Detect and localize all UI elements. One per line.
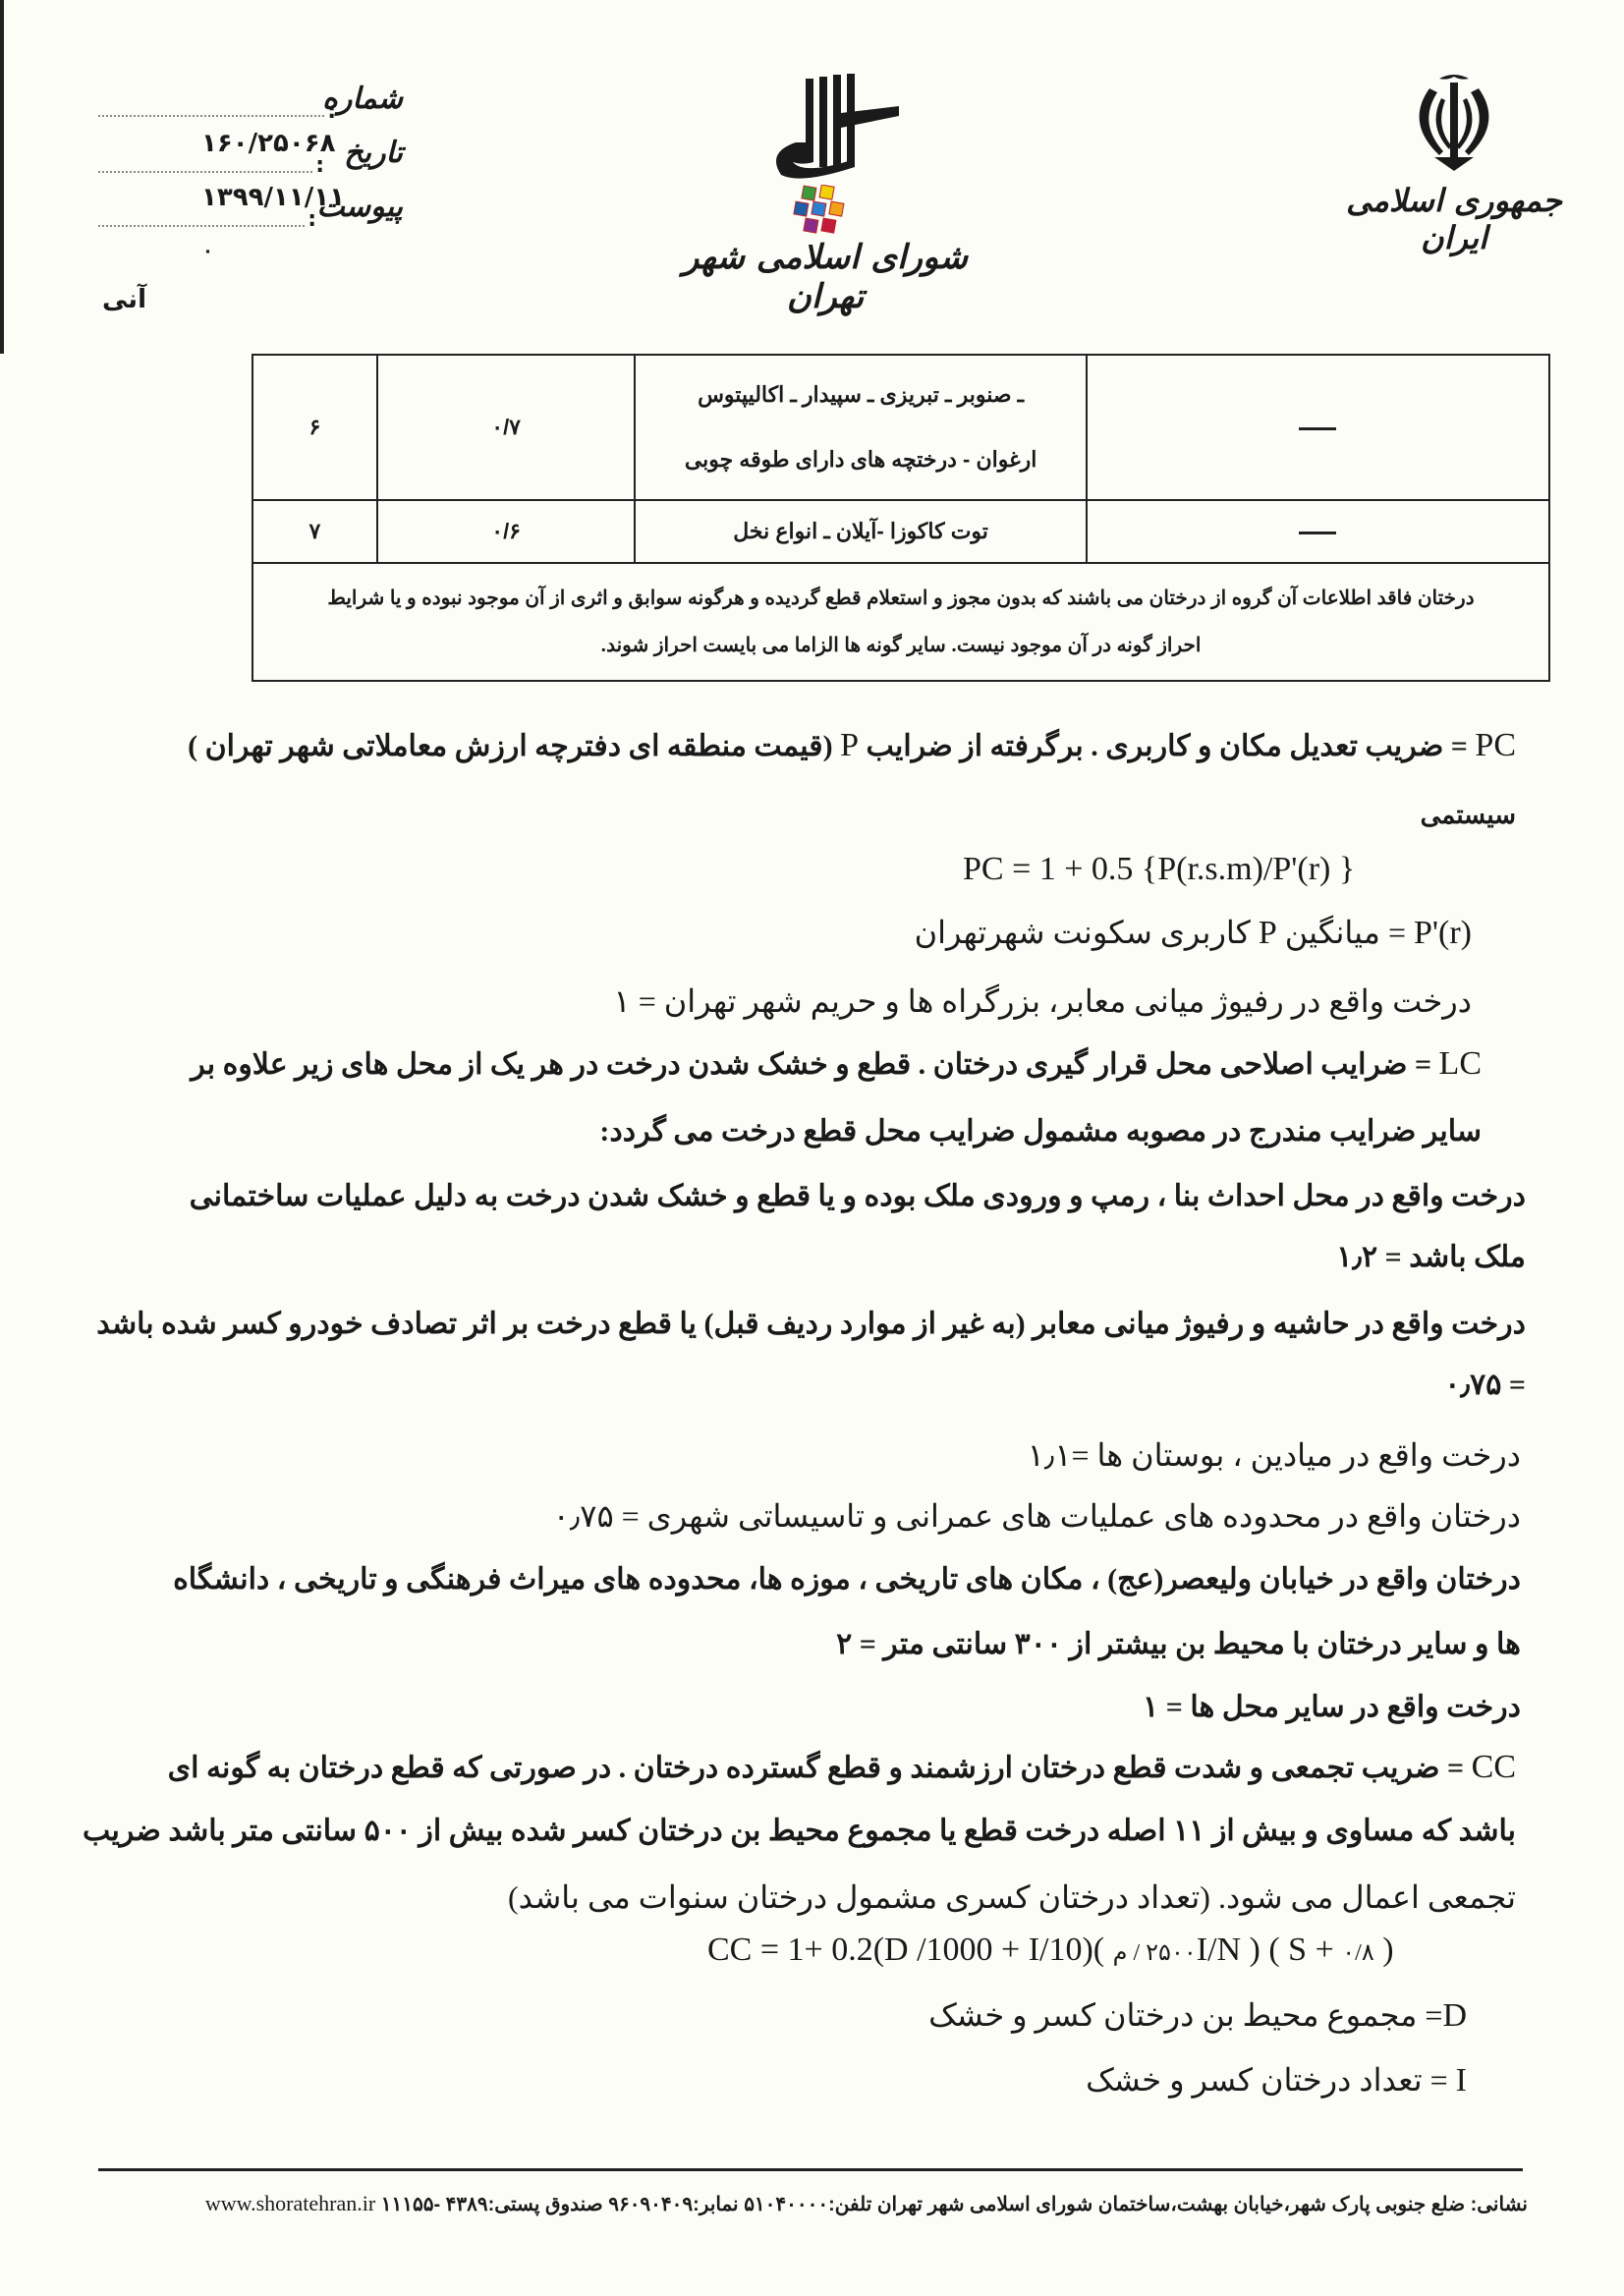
pc-definition-line1: PC = ضریب تعدیل مکان و کاربری . برگرفته … bbox=[188, 727, 1516, 764]
table-row: توت کاکوزا -آیلان ـ انواع نخل ۰/۶ ۷ bbox=[252, 500, 1549, 563]
cc-formula: CC = 1+ 0.2(D /1000 + I/10)( ۲۵۰۰ / مI/N… bbox=[707, 1932, 1394, 1969]
d-definition-text: = مجموع محیط بن درختان کسر و خشک bbox=[928, 1997, 1442, 2033]
website-link[interactable]: www.shoratehran.ir bbox=[205, 2191, 375, 2215]
lc-definition-line2: سایر ضرایب مندرج در مصوبه مشمول ضرایب مح… bbox=[599, 1114, 1482, 1148]
i-definition-text: = تعداد درختان کسر و خشک bbox=[1086, 2062, 1448, 2098]
tree-species-table: ـ صنوبر ـ تبریزی ـ سپیدار ـ اکالیپتوس ار… bbox=[252, 354, 1550, 682]
group-cell bbox=[1087, 500, 1549, 563]
pc-symbol: PC bbox=[1475, 727, 1516, 763]
number-row: شماره : ۱۶۰/۲۵۰۶۸ bbox=[98, 93, 403, 133]
note-line: احراز گونه در آن موجود نیست. سایر گونه ه… bbox=[267, 622, 1535, 669]
cc-formula-part: ۰/۸ bbox=[1342, 1940, 1373, 1966]
pr-definition: P'(r) = میانگین P کاربری سکونت شهرتهران bbox=[915, 914, 1472, 952]
attachment-row: پیوست : ۰ bbox=[98, 201, 403, 241]
cc-formula-part: ۲۵۰۰ / م bbox=[1113, 1940, 1197, 1966]
scan-edge bbox=[0, 0, 4, 354]
colon: : bbox=[327, 99, 336, 124]
group-cell bbox=[1087, 355, 1549, 500]
dotted-line bbox=[98, 225, 305, 227]
pc-definition-text: = ضریب تعدیل مکان و کاربری . برگرفته از … bbox=[867, 730, 1468, 762]
pc-definition-rest: (قیمت منطقه ای دفترچه ارزش معاملاتی شهر … bbox=[188, 730, 832, 762]
pc-formula: PC = 1 + 0.5 {P(r.s.m)/P'(r) } bbox=[963, 851, 1355, 888]
address-text: نشانی: ضلع جنوبی پارک شهر،خیابان بهشت،سا… bbox=[381, 2194, 1528, 2215]
construction-coefficient-line2: ملک باشد = ۱٫۲ bbox=[1336, 1240, 1526, 1274]
note-cell: درختان فاقد اطلاعات آن گروه از درختان می… bbox=[252, 563, 1549, 681]
dotted-line bbox=[98, 171, 312, 173]
cc-formula-part: ) bbox=[1374, 1932, 1394, 1968]
date-row: تاریخ : ۱۳۹۹/۱۱/۱۱ bbox=[98, 147, 403, 187]
note-line: درختان فاقد اطلاعات آن گروه از درختان می… bbox=[267, 575, 1535, 622]
pr-definition-rest: کاربری سکونت شهرتهران bbox=[915, 915, 1251, 950]
city-council-name: شورای اسلامی شهر تهران bbox=[678, 238, 973, 316]
iran-emblem: جمهوری اسلامی ایران bbox=[1346, 69, 1562, 236]
coefficient-cell: ۰/۶ bbox=[377, 500, 636, 563]
cc-definition-line3: تجمعی اعمال می شود. (تعداد درختان کسری م… bbox=[508, 1878, 1516, 1916]
construction-coefficient-line1: درخت واقع در محل احداث بنا ، رمپ و ورودی… bbox=[190, 1179, 1526, 1213]
national-emblem-icon bbox=[1400, 69, 1508, 177]
i-definition: I = تعداد درختان کسر و خشک bbox=[1086, 2061, 1467, 2100]
d-symbol: D bbox=[1442, 1997, 1467, 2034]
cc-definition-line1: CC = ضریب تجمعی و شدت قطع درختان ارزشمند… bbox=[168, 1749, 1516, 1786]
pc-definition-line2: سیستمی bbox=[1421, 801, 1516, 830]
lc-symbol: LC bbox=[1439, 1045, 1482, 1082]
cc-definition-text: = ضریب تجمعی و شدت قطع درختان ارزشمند و … bbox=[168, 1752, 1464, 1784]
other-locations-coefficient: درخت واقع در سایر محل ها = ۱ bbox=[1143, 1690, 1521, 1724]
colon: : bbox=[308, 207, 316, 232]
calligraphy-emblem-icon bbox=[756, 69, 914, 187]
heritage-coefficient-line1: درختان واقع در خیابان ولیعصر(عج) ، مکان … bbox=[173, 1562, 1521, 1596]
lc-definition-text: = ضرایب اصلاحی محل قرار گیری درختان . قط… bbox=[191, 1048, 1431, 1081]
city-council-logo: شورای اسلامی شهر تهران bbox=[668, 59, 982, 285]
table-note-row: درختان فاقد اطلاعات آن گروه از درختان می… bbox=[252, 563, 1549, 681]
attachment-value: ۰ bbox=[202, 241, 213, 261]
p-symbol: P bbox=[840, 727, 859, 763]
verge-coefficient-line2: = ۰٫۷۵ bbox=[1444, 1368, 1526, 1402]
d-definition: D= مجموع محیط بن درختان کسر و خشک bbox=[928, 1996, 1467, 2035]
cc-definition-line2: باشد که مساوی و بیش از ۱۱ اصله درخت قطع … bbox=[83, 1814, 1516, 1848]
species-cell: توت کاکوزا -آیلان ـ انواع نخل bbox=[635, 500, 1086, 563]
coefficient-cell: ۰/۷ bbox=[377, 355, 636, 500]
civil-works-coefficient: درختان واقع در محدوده های عملیات های عمر… bbox=[553, 1497, 1521, 1535]
colon: : bbox=[315, 153, 324, 178]
priority-label: آنی bbox=[102, 285, 146, 314]
footer-divider bbox=[98, 2168, 1523, 2171]
pr-definition-text: = میانگین bbox=[1285, 915, 1406, 950]
iran-name: جمهوری اسلامی ایران bbox=[1346, 182, 1562, 256]
index-cell: ۶ bbox=[252, 355, 377, 500]
attachment-label: پیوست bbox=[317, 190, 404, 224]
species-line: ارغوان - درختچه های دارای طوقه چوبی bbox=[637, 440, 1084, 479]
dash-mark bbox=[1299, 532, 1336, 534]
cc-formula-part: I/N ) ( S + bbox=[1197, 1932, 1343, 1968]
i-symbol: I bbox=[1456, 2062, 1467, 2099]
cc-symbol: CC bbox=[1472, 1749, 1516, 1785]
pr-symbol: P'(r) bbox=[1414, 915, 1472, 951]
date-label: تاریخ bbox=[344, 136, 403, 170]
refuge-coefficient: درخت واقع در رفیوژ میانی معابر، بزرگراه … bbox=[614, 982, 1472, 1020]
footer-address: نشانی: ضلع جنوبی پارک شهر،خیابان بهشت،سا… bbox=[98, 2191, 1528, 2216]
species-line: ـ صنوبر ـ تبریزی ـ سپیدار ـ اکالیپتوس bbox=[637, 375, 1084, 415]
lc-definition-line1: LC = ضرایب اصلاحی محل قرار گیری درختان .… bbox=[191, 1045, 1482, 1083]
colored-tiles-icon bbox=[791, 185, 860, 240]
heritage-coefficient-line2: ها و سایر درختان با محیط بن بیشتر از ۳۰۰… bbox=[836, 1627, 1521, 1661]
index-cell: ۷ bbox=[252, 500, 377, 563]
verge-coefficient-line1: درخت واقع در حاشیه و رفیوژ میانی معابر (… bbox=[96, 1307, 1526, 1341]
species-cell: ـ صنوبر ـ تبریزی ـ سپیدار ـ اکالیپتوس ار… bbox=[635, 355, 1086, 500]
squares-coefficient: درخت واقع در میادین ، بوستان ها =۱٫۱ bbox=[1028, 1436, 1521, 1474]
dotted-line bbox=[98, 115, 324, 117]
table-row: ـ صنوبر ـ تبریزی ـ سپیدار ـ اکالیپتوس ار… bbox=[252, 355, 1549, 500]
cc-formula-part: CC = 1+ 0.2(D /1000 + I/10)( bbox=[707, 1932, 1113, 1968]
dash-mark bbox=[1299, 427, 1336, 430]
p-symbol: P bbox=[1259, 915, 1277, 951]
